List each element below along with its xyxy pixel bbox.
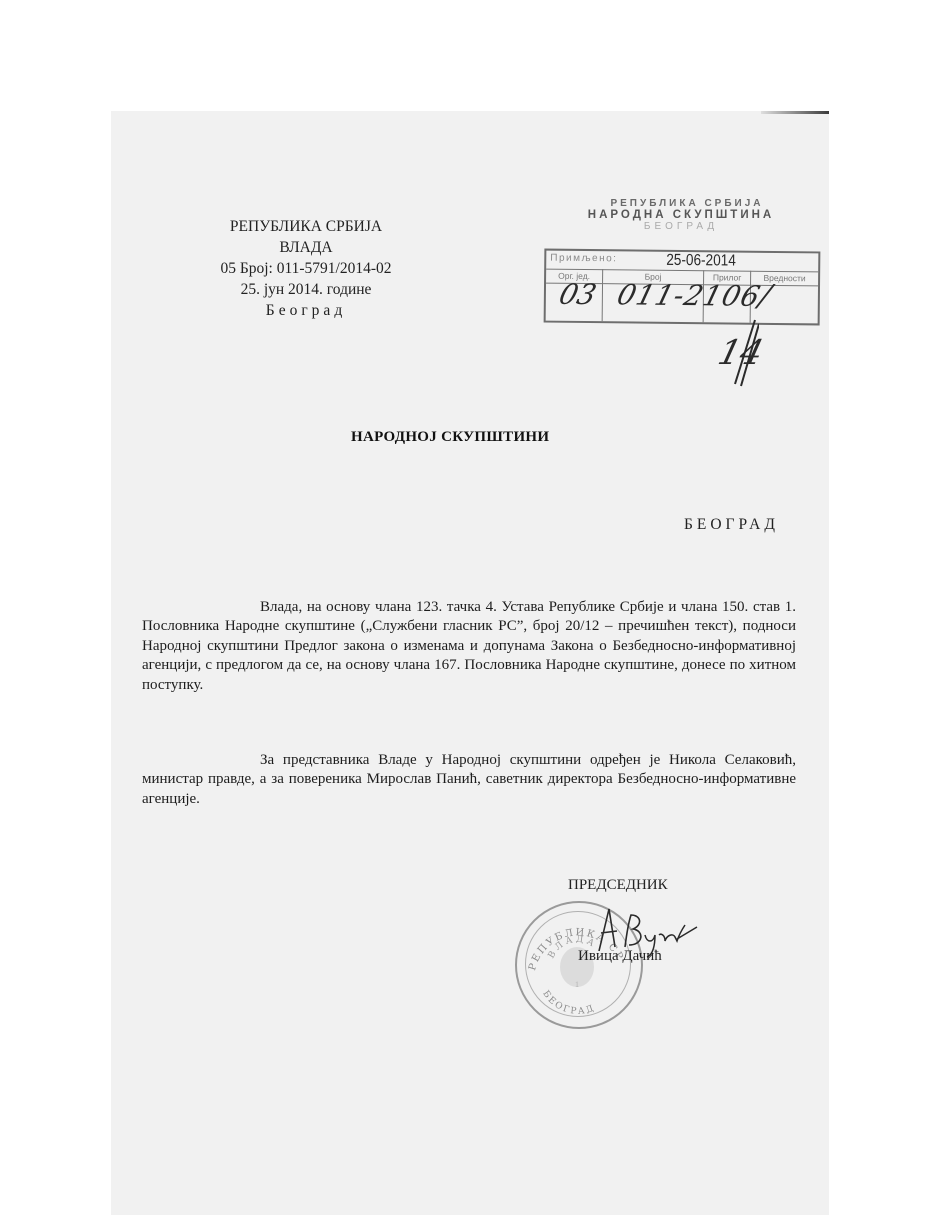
sender-institution: ВЛАДА xyxy=(191,237,421,258)
stamp-country: РЕПУБЛИКА СРБИЈА xyxy=(553,198,821,209)
body-paragraph-2: За представника Владе у Народној скупшти… xyxy=(142,751,796,809)
received-label: Примљено: xyxy=(550,253,617,265)
receipt-stamp: РЕПУБЛИКА СРБИЈА НАРОДНА СКУПШТИНА БЕОГР… xyxy=(541,198,821,398)
document-page: РЕПУБЛИКА СРБИЈА ВЛАДА 05 Број: 011-5791… xyxy=(111,111,829,1215)
addressee-name: НАРОДНОЈ СКУПШТИНИ xyxy=(351,429,549,446)
sender-header: РЕПУБЛИКА СРБИЈА ВЛАДА 05 Број: 011-5791… xyxy=(191,216,421,321)
sender-reference-number: 05 Број: 011-5791/2014-02 xyxy=(191,258,421,279)
received-date: 25-06-2014 xyxy=(666,252,736,271)
paragraph-text: За представника Владе у Народној скупшти… xyxy=(142,751,796,809)
page-edge-shadow xyxy=(761,111,829,114)
signatory-name: Ивица Дачић xyxy=(578,948,662,965)
seal-bottom-text: БЕОГРАД xyxy=(540,989,596,1017)
handwritten-number: 011-2106 xyxy=(614,278,765,312)
receipt-stamp-header: РЕПУБЛИКА СРБИЈА НАРОДНА СКУПШТИНА БЕОГР… xyxy=(541,198,821,232)
paragraph-text: Влада, на основу члана 123. тачка 4. Уст… xyxy=(142,598,796,695)
stamp-institution: НАРОДНА СКУПШТИНА xyxy=(541,209,821,221)
svg-text:БЕОГРАД: БЕОГРАД xyxy=(540,989,596,1017)
sender-country: РЕПУБЛИКА СРБИЈА xyxy=(191,216,421,237)
sender-date: 25. јун 2014. године xyxy=(191,279,421,300)
receipt-stamp-box: Примљено: 25-06-2014 Орг. јед. Број Прил… xyxy=(544,249,821,326)
body-paragraph-1: Влада, на основу члана 123. тачка 4. Уст… xyxy=(142,598,796,695)
addressee-city: БЕОГРАД xyxy=(684,516,779,534)
signature-block: РЕПУБЛИКА СРБИЈА ВЛАДА БЕОГРАД 1 ПРЕДСЕД… xyxy=(501,871,741,1041)
sender-city: Београд xyxy=(191,300,421,321)
signatory-title: ПРЕДСЕДНИК xyxy=(568,877,668,894)
stamp-city: БЕОГРАД xyxy=(541,221,821,232)
handwritten-year: 14 xyxy=(714,333,767,373)
